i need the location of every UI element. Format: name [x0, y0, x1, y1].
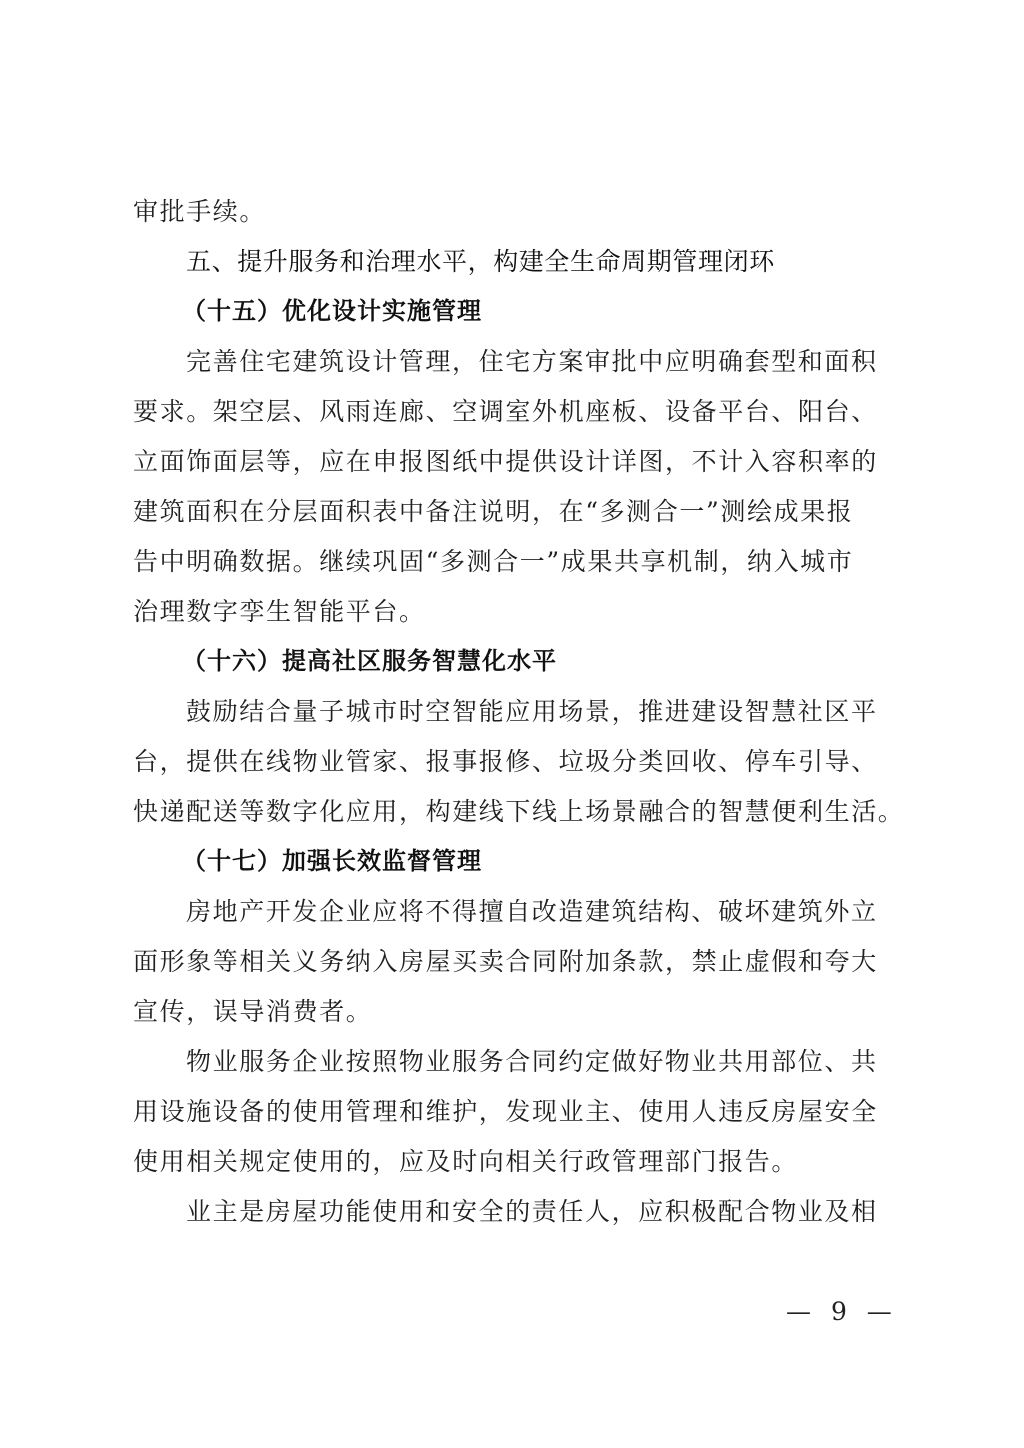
- paragraph-line: 台，提供在线物业管家、报事报修、垃圾分类回收、停车引导、: [133, 746, 903, 778]
- paragraph-line: 宣传，误导消费者。: [133, 996, 903, 1028]
- paragraph-line: 建筑面积在分层面积表中备注说明，在“多测合一”测绘成果报: [133, 496, 903, 528]
- paragraph-line: 业主是房屋功能使用和安全的责任人，应积极配合物业及相: [186, 1196, 956, 1228]
- paragraph-line: 房地产开发企业应将不得擅自改造建筑结构、破坏建筑外立: [186, 896, 956, 928]
- paragraph-line: 立面饰面层等，应在申报图纸中提供设计详图，不计入容积率的: [133, 446, 903, 478]
- paragraph-line: 用设施设备的使用管理和维护，发现业主、使用人违反房屋安全: [133, 1096, 903, 1128]
- document-page: 审批手续。 五、提升服务和治理水平，构建全生命周期管理闭环 （十五）优化设计实施…: [0, 0, 1024, 1448]
- subsection-heading: （十七）加强长效监督管理: [182, 845, 952, 877]
- paragraph-line: 快递配送等数字化应用，构建线下线上场景融合的智慧便利生活。: [133, 796, 903, 828]
- subsection-heading: （十六）提高社区服务智慧化水平: [182, 645, 952, 677]
- paragraph-line: 治理数字孪生智能平台。: [133, 596, 903, 628]
- paragraph-line: 面形象等相关义务纳入房屋买卖合同附加条款，禁止虚假和夸大: [133, 946, 903, 978]
- paragraph-line: 物业服务企业按照物业服务合同约定做好物业共用部位、共: [186, 1046, 956, 1078]
- paragraph-line: 审批手续。: [133, 196, 903, 228]
- subsection-heading: （十五）优化设计实施管理: [182, 295, 952, 327]
- page-number: — 9 —: [786, 1296, 898, 1328]
- paragraph-line: 完善住宅建筑设计管理，住宅方案审批中应明确套型和面积: [186, 346, 956, 378]
- paragraph-line: 使用相关规定使用的，应及时向相关行政管理部门报告。: [133, 1146, 903, 1178]
- paragraph-line: 告中明确数据。继续巩固“多测合一”成果共享机制，纳入城市: [133, 546, 903, 578]
- section-heading: 五、提升服务和治理水平，构建全生命周期管理闭环: [186, 246, 956, 278]
- paragraph-line: 要求。架空层、风雨连廊、空调室外机座板、设备平台、阳台、: [133, 396, 903, 428]
- paragraph-line: 鼓励结合量子城市时空智能应用场景，推进建设智慧社区平: [186, 696, 956, 728]
